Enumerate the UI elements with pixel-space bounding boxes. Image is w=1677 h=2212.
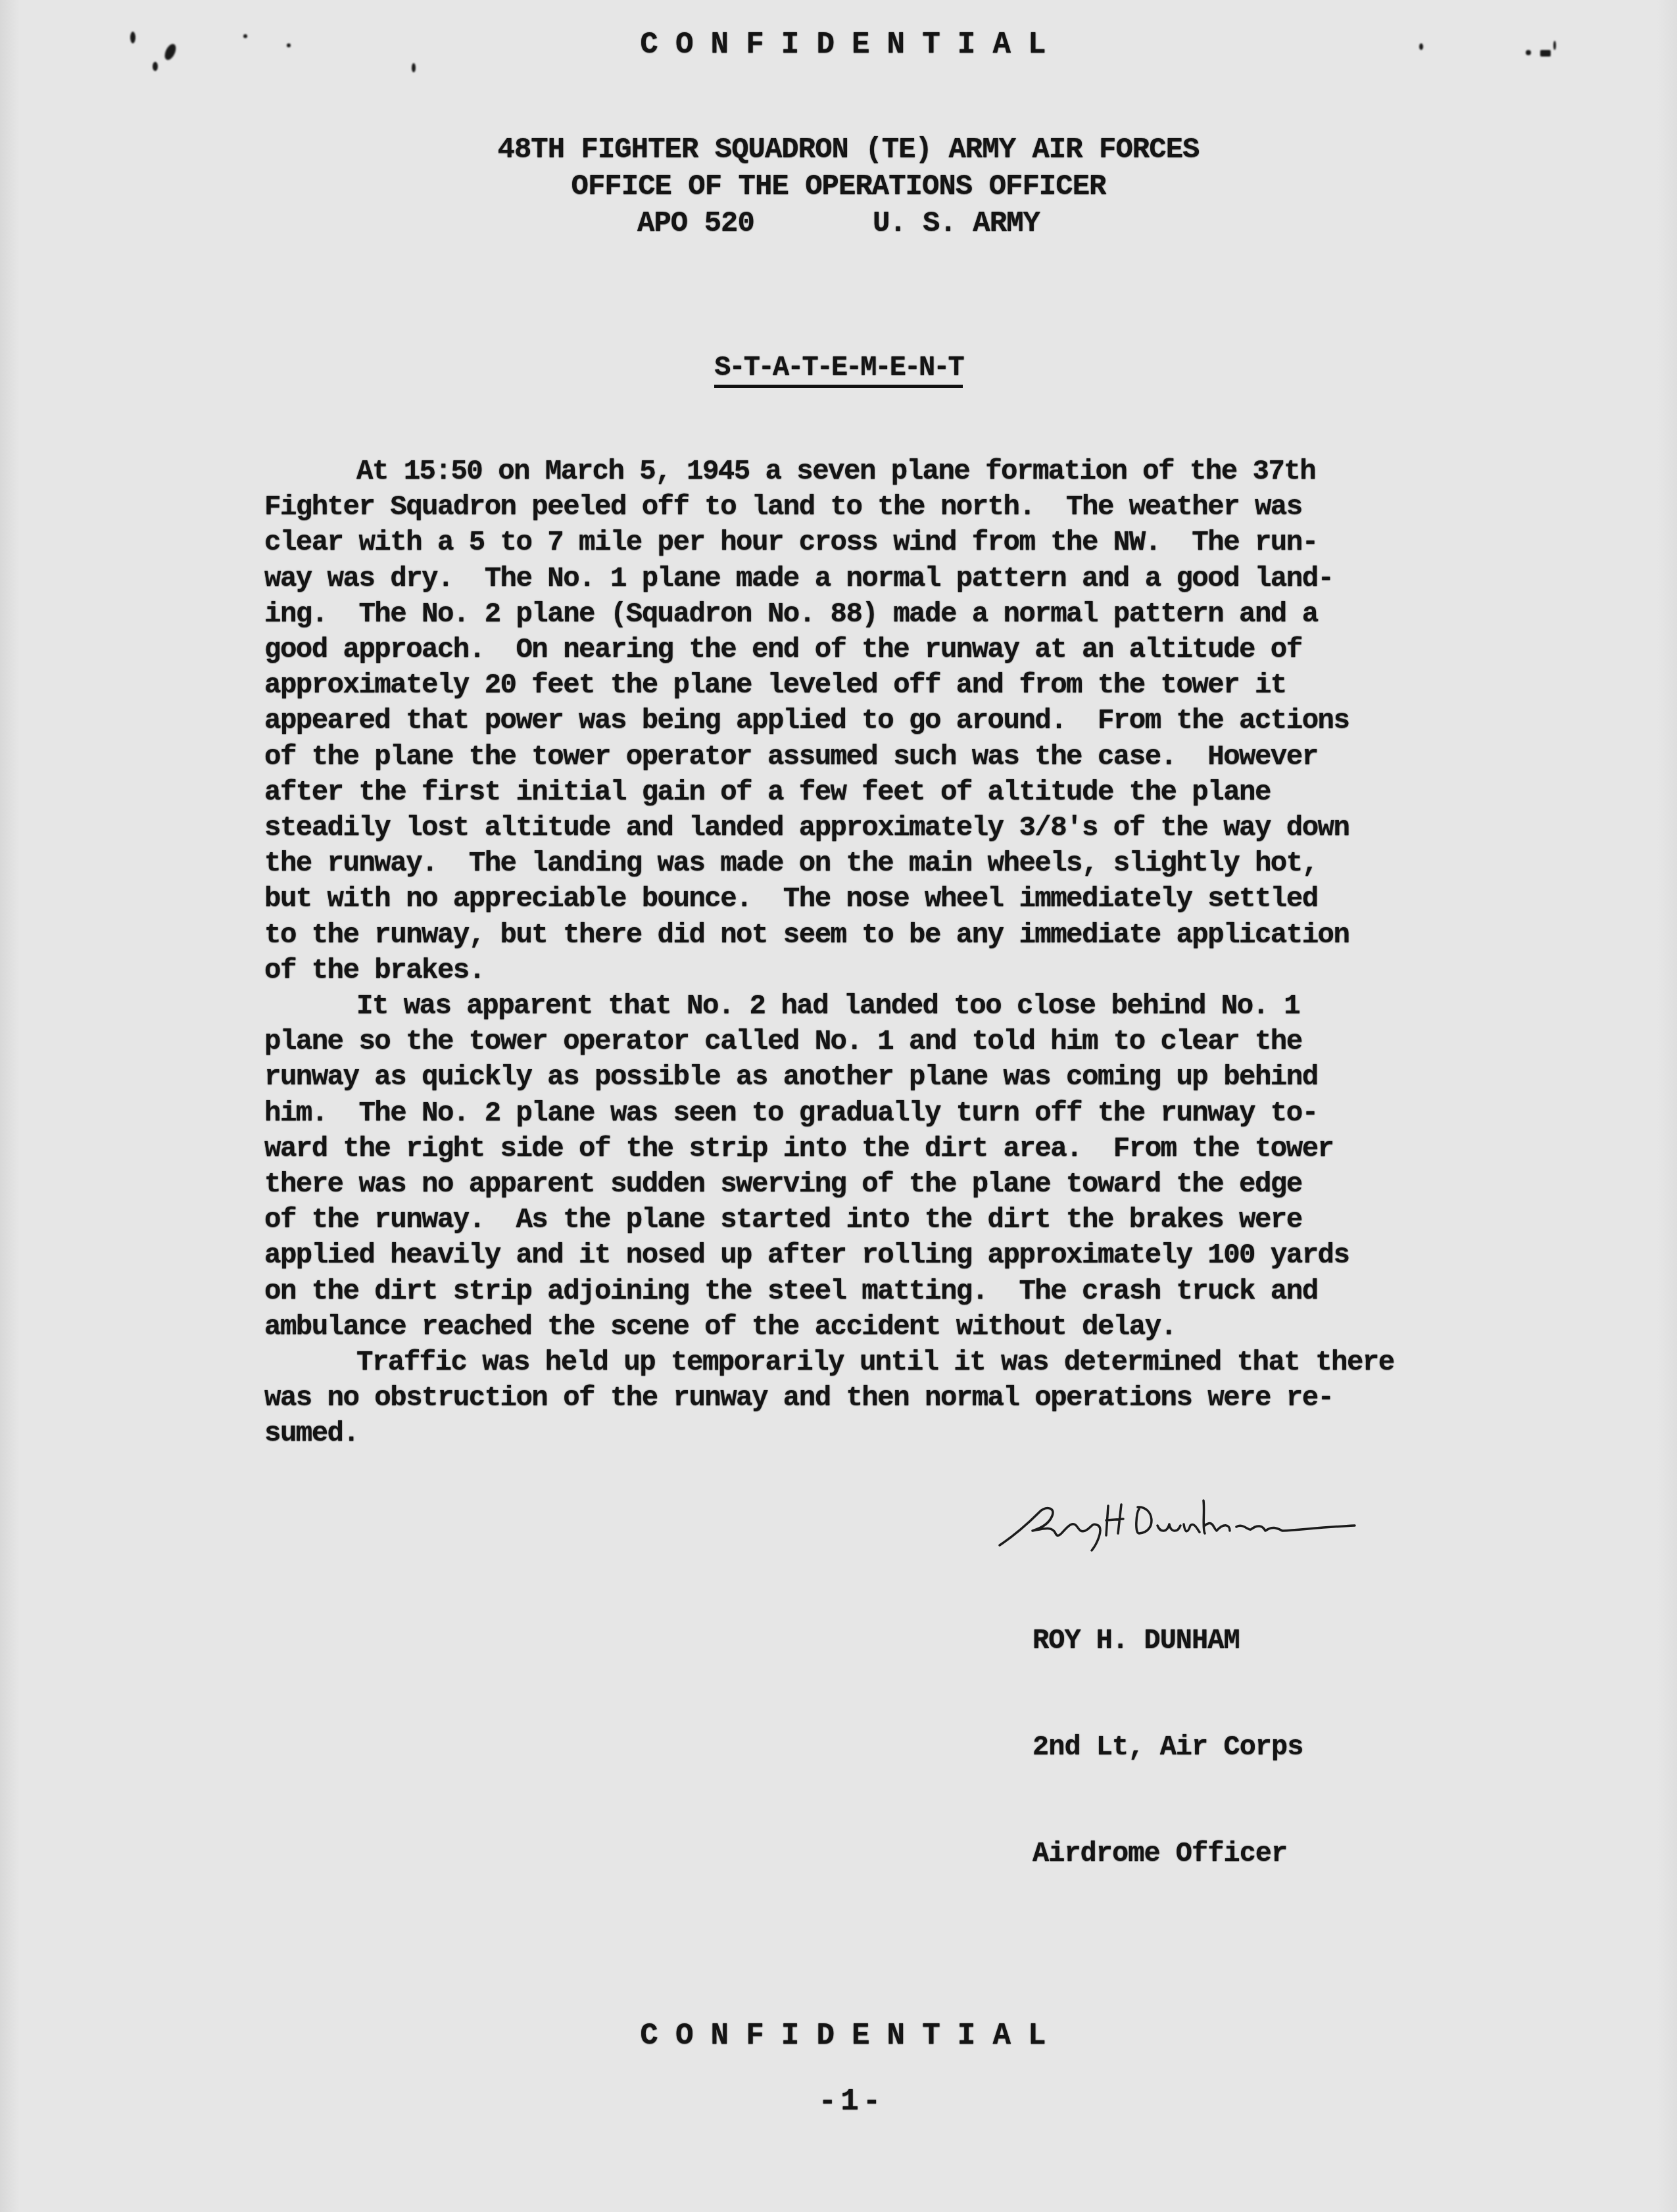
body-line: Fighter Squadron peeled off to land to t… [264,489,1514,525]
body-line: way was dry. The No. 1 plane made a norm… [264,561,1514,596]
scan-speck [412,63,416,72]
handwritten-signature-icon [993,1493,1361,1558]
signatory-rank: 2nd Lt, Air Corps [1033,1729,1303,1765]
body-line: there was no apparent sudden swerving of… [264,1166,1514,1202]
body-line: but with no appreciable bounce. The nose… [264,881,1514,917]
letterhead-apo: APO 520 [637,205,754,242]
body-line: runway as quickly as possible as another… [264,1059,1514,1095]
body-line: Traffic was held up temporarily until it… [264,1345,1514,1380]
body-line: ing. The No. 2 plane (Squadron No. 88) m… [264,596,1514,632]
scan-speck [153,62,158,71]
statement-body: At 15:50 on March 5, 1945 a seven plane … [264,454,1514,1452]
body-line: applied heavily and it nosed up after ro… [264,1238,1514,1273]
body-line: At 15:50 on March 5, 1945 a seven plane … [264,454,1514,489]
body-line: ward the right side of the strip into th… [264,1131,1514,1166]
body-line: plane so the tower operator called No. 1… [264,1024,1514,1059]
body-line: steadily lost altitude and landed approx… [264,810,1514,846]
document-title: S-T-A-T-E-M-E-N-T [0,352,1677,383]
body-line: the runway. The landing was made on the … [264,846,1514,881]
body-line: appeared that power was being applied to… [264,703,1514,738]
signatory: ROY H. DUNHAM 2nd Lt, Air Corps Airdrome… [1033,1552,1303,1942]
body-line: of the plane the tower operator assumed … [264,739,1514,775]
page-number: -1- [0,2084,1677,2119]
body-line: to the runway, but there did not seem to… [264,917,1514,953]
body-line: of the runway. As the plane started into… [264,1202,1514,1238]
document-title-text: S-T-A-T-E-M-E-N-T [714,352,962,388]
classification-footer: CONFIDENTIAL [0,2019,1677,2053]
letterhead-office: OFFICE OF THE OPERATIONS OFFICER [0,168,1677,205]
classification-header: CONFIDENTIAL [0,28,1677,62]
signatory-name: ROY H. DUNHAM [1033,1623,1303,1658]
body-line: approximately 20 feet the plane leveled … [264,667,1514,703]
body-line: of the brakes. [264,953,1514,988]
body-line: was no obstruction of the runway and the… [264,1380,1514,1416]
body-line: It was apparent that No. 2 had landed to… [264,988,1514,1024]
letterhead: 48TH FIGHTER SQUADRON (TE) ARMY AIR FORC… [0,132,1677,242]
letterhead-address: APO 520U. S. ARMY [0,205,1677,242]
letterhead-unit: 48TH FIGHTER SQUADRON (TE) ARMY AIR FORC… [0,132,1677,168]
body-line: ambulance reached the scene of the accid… [264,1309,1514,1345]
body-line: good approach. On nearing the end of the… [264,632,1514,667]
signatory-position: Airdrome Officer [1033,1836,1303,1871]
letterhead-army: U. S. ARMY [873,205,1040,242]
body-line: clear with a 5 to 7 mile per hour cross … [264,525,1514,560]
body-line: on the dirt strip adjoining the steel ma… [264,1274,1514,1309]
body-line: sumed. [264,1416,1514,1451]
body-line: him. The No. 2 plane was seen to gradual… [264,1095,1514,1131]
body-line: after the first initial gain of a few fe… [264,775,1514,810]
document-page: CONFIDENTIAL 48TH FIGHTER SQUADRON (TE) … [0,0,1677,2212]
